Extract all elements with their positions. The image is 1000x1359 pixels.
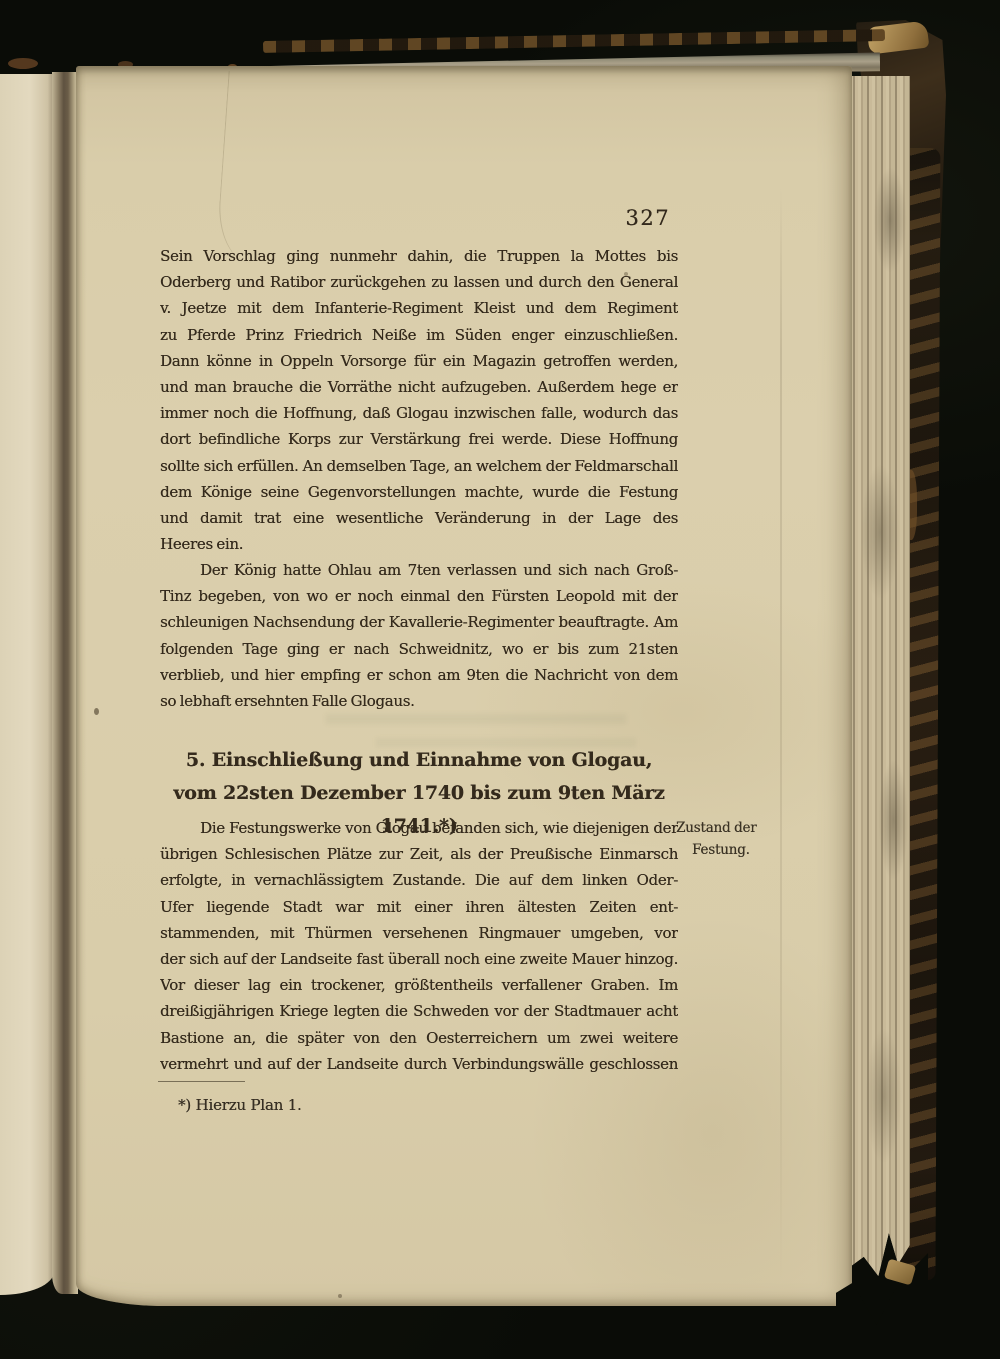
ink-showthrough [326,714,626,724]
text-line: v. Jeetze mit dem Infanterie-Regiment Kl… [160,295,678,321]
text-line: Tinz begeben, von wo er noch einmal den … [160,583,678,609]
text-line: sollte sich erfüllen. An demselben Tage,… [160,453,678,479]
text-line: Sein Vorschlag ging nunmehr dahin, die T… [160,243,678,269]
text-line: Bastione an, die später von den Oesterre… [160,1025,678,1051]
facing-page-edge [0,74,54,1295]
body-paragraph-2: Der König hatte Ohlau am 7ten verlassen … [160,557,678,714]
text-line: der sich auf der Landseite fast überall … [160,946,678,972]
page-crease [780,186,782,1286]
text-line: Dann könne in Oppeln Vorsorge für ein Ma… [160,348,678,374]
paper-speck [94,708,99,715]
text-line: erfolgte, in vernachlässigtem Zustande. … [160,867,678,893]
text-line: und damit trat eine wesentliche Veränder… [160,505,678,531]
text-line: dem Könige seine Gegenvorstellungen mach… [160,479,678,505]
paper-debris [8,58,38,69]
body-paragraph-1: Sein Vorschlag ging nunmehr dahin, die T… [160,243,678,557]
page-crease [215,71,263,263]
text-line: dreißigjährigen Kriege legten die Schwed… [160,998,678,1024]
book-cover-top-edge [263,29,885,53]
text-line: folgenden Tage ging er nach Schweidnitz,… [160,636,678,662]
text-line: Der König hatte Ohlau am 7ten verlassen … [160,557,678,583]
text-line: so lebhaft ersehnten Falle Glogaus. [160,688,678,714]
body-paragraph-3: Die Festungswerke von Glogau befanden si… [160,815,678,1077]
section-heading: 5. Einschließung und Einnahme von Glogau… [160,744,678,810]
page-number: 327 [550,206,670,230]
text-line: Vor dieser lag ein trockener, größtenthe… [160,972,678,998]
section-heading-line-1: 5. Einschließung und Einnahme von Glogau… [160,744,678,777]
paper-speck [338,1294,342,1298]
text-line: Festung. [676,840,794,862]
text-line: vermehrt und auf der Landseite durch Ver… [160,1051,678,1077]
scanned-book-photo: 327 Sein Vorschlag ging nunmehr dahin, d… [0,0,1000,1359]
text-line: Zustand der [676,818,794,840]
text-line: Heeres ein. [160,531,678,557]
text-line: Die Festungswerke von Glogau befanden si… [160,815,678,841]
book-fore-edge-pages [844,76,910,1276]
book-gutter-shadow [52,72,78,1294]
text-line: Oderberg und Ratibor zurückgehen zu lass… [160,269,678,295]
margin-note: Zustand derFestung. [676,818,794,861]
text-line: schleunigen Nachsendung der Kavallerie-R… [160,609,678,635]
text-line: zu Pferde Prinz Friedrich Neiße im Süden… [160,322,678,348]
book-page: 327 Sein Vorschlag ging nunmehr dahin, d… [76,66,852,1306]
text-line: immer noch die Hoffnung, daß Glogau inzw… [160,400,678,426]
footnote-rule [158,1081,245,1082]
text-line: dort befindliche Korps zur Verstärkung f… [160,426,678,452]
section-heading-line-2: vom 22sten Dezember 1740 bis zum 9ten Mä… [160,777,678,810]
text-line: verblieb, und hier empfing er schon am 9… [160,662,678,688]
text-line: und man brauche die Vorräthe nicht aufzu… [160,374,678,400]
text-line: übrigen Schlesischen Plätze zur Zeit, al… [160,841,678,867]
footnote-text: *) Hierzu Plan 1. [178,1096,302,1114]
text-line: stammenden, mit Thürmen versehenen Ringm… [160,920,678,946]
text-line: Ufer liegende Stadt war mit einer ihren … [160,894,678,920]
